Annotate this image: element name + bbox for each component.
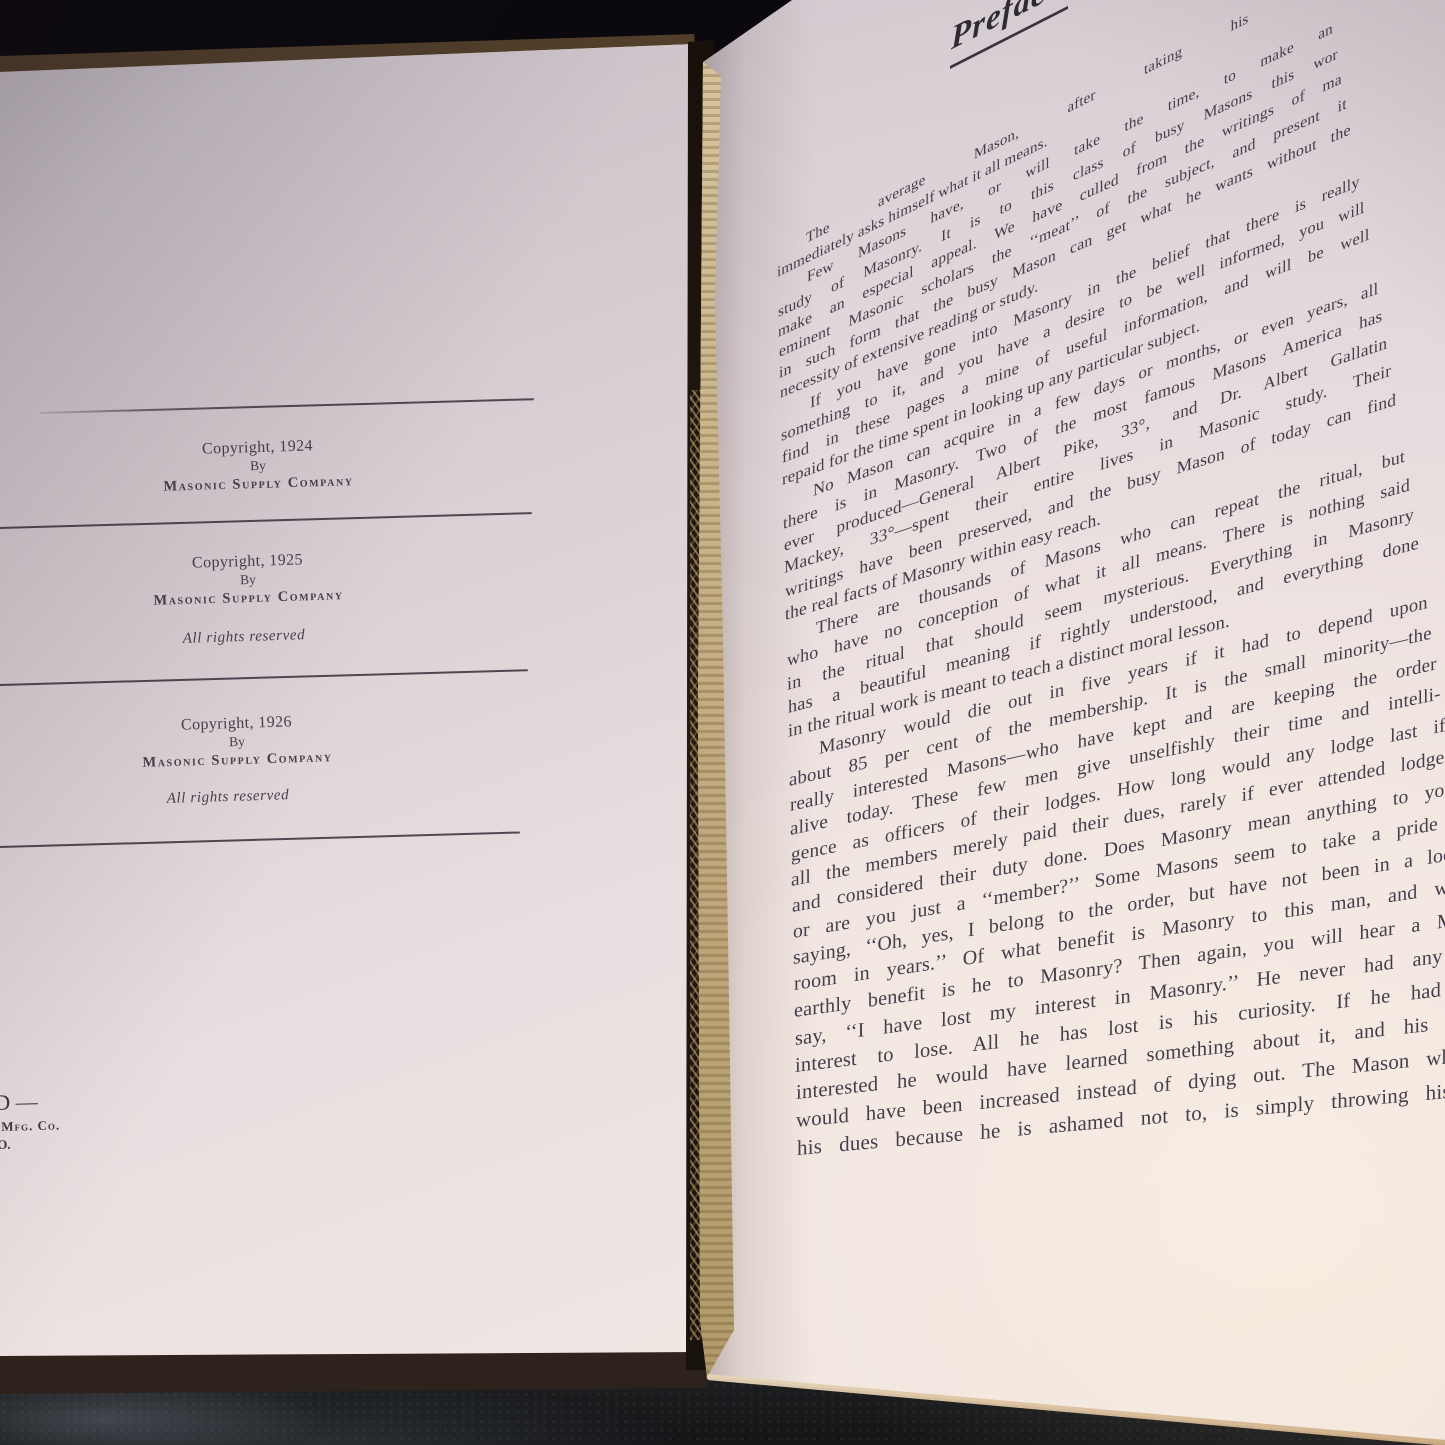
preface-content: Preface The average Mason, after taking …	[0, 0, 1445, 1445]
preface-text: The average Mason, after taking his degr…	[0, 0, 1445, 1445]
book-photo: { "left_page": { "blocks": [ {"copyright…	[0, 0, 1445, 1445]
